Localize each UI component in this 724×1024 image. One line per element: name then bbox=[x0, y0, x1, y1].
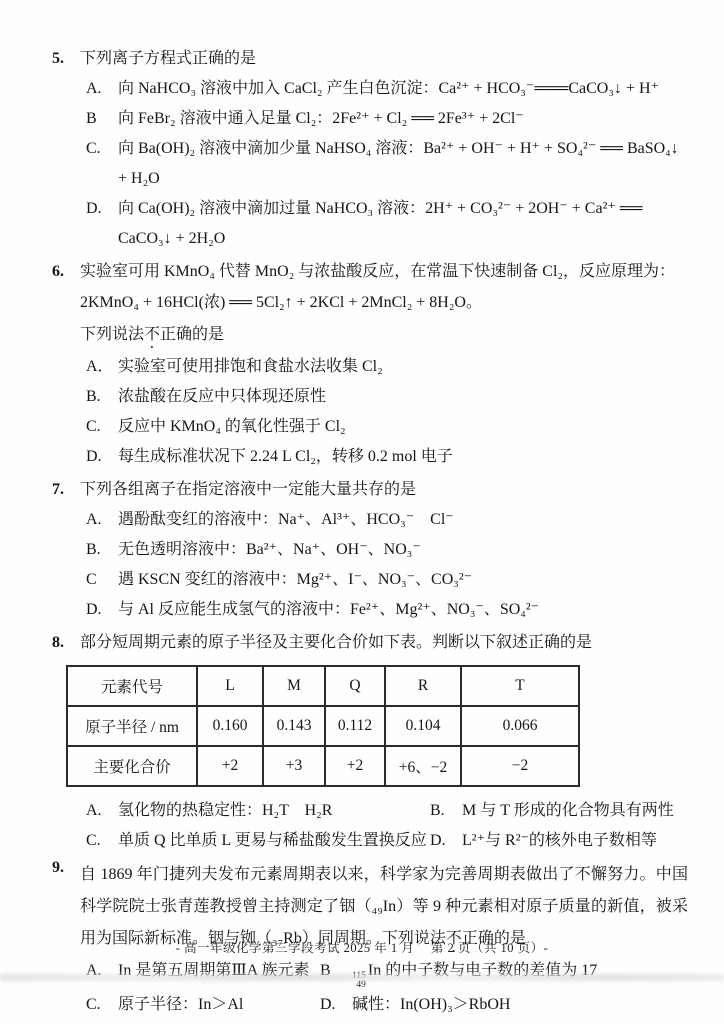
option-text: M 与 T 形成的化合物具有两性 bbox=[462, 796, 688, 826]
question-stem-2: 下列说法不正确的是 bbox=[52, 319, 688, 352]
option-text: 每生成标准状况下 2.24 L Cl₂，转移 0.2 mol 电子 bbox=[118, 442, 688, 472]
option-7d: D. 与 Al 反应能生成氢气的溶液中：Fe²⁺、Mg²⁺、NO₃⁻、SO₄²⁻ bbox=[52, 595, 688, 625]
option-text: 单质 Q 比单质 L 更易与稀盐酸发生置换反应 bbox=[118, 826, 430, 856]
question-number: 6. bbox=[52, 257, 80, 287]
question-stem: 下列离子方程式正确的是 bbox=[80, 44, 688, 74]
option-label: A. bbox=[86, 956, 118, 990]
option-5b: B 向 FeBr₂ 溶液中通入足量 Cl₂：2Fe²⁺ + Cl₂ ══ 2Fe… bbox=[52, 104, 688, 134]
option-8a: A. 氢化物的热稳定性：H₂T H₂R bbox=[52, 796, 430, 826]
table-cell: L bbox=[197, 666, 263, 706]
scan-artifact-streak bbox=[0, 974, 724, 981]
stem-text: 下列说法 bbox=[80, 319, 144, 352]
stem-text: 自 1869 年门捷列夫发布元素周期表以来，科学家为完善周期表做出了不懈努力。中… bbox=[80, 866, 688, 947]
option-label: B. bbox=[430, 796, 462, 826]
question-stem: 部分短周期元素的原子半径及主要化合价如下表。判断以下叙述正确的是 bbox=[80, 628, 688, 658]
option-label: A． bbox=[86, 352, 118, 382]
option-label: B. bbox=[86, 535, 118, 565]
option-8c: C. 单质 Q 比单质 L 更易与稀盐酸发生置换反应 bbox=[52, 826, 430, 856]
table-cell: +2 bbox=[197, 746, 263, 786]
option-5c: C. 向 Ba(OH)₂ 溶液中滴加少量 NaHSO₄ 溶液：Ba²⁺ + OH… bbox=[52, 134, 688, 194]
table-cell: R bbox=[385, 666, 461, 706]
option-9b: B 115 49 In 的中子数与电子数的差值为 17 bbox=[320, 956, 688, 990]
question-stem: 实验室可用 KMnO₄ 代替 MnO₂ 与浓盐酸反应，在常温下快速制备 Cl₂，… bbox=[80, 257, 688, 287]
option-text: 实验室可使用排饱和食盐水法收集 Cl₂ bbox=[118, 352, 688, 382]
table-row-symbols: 元素代号 L M Q R T bbox=[67, 666, 579, 706]
table-cell: +3 bbox=[263, 746, 325, 786]
option-text: 向 Ba(OH)₂ 溶液中滴加少量 NaHSO₄ 溶液：Ba²⁺ + OH⁻ +… bbox=[118, 134, 688, 194]
option-label: D. bbox=[430, 826, 462, 856]
option-6c: C. 反应中 KMnO₄ 的氧化性强于 Cl₂ bbox=[52, 412, 688, 442]
question-stem: 下列各组离子在指定溶液中一定能大量共存的是 bbox=[80, 475, 688, 505]
question-7: 7. 下列各组离子在指定溶液中一定能大量共存的是 A. 遇酚酞变红的溶液中：Na… bbox=[52, 475, 688, 625]
option-8d: D. L²⁺与 R²⁻的核外电子数相等 bbox=[430, 826, 688, 856]
option-text: 遇酚酞变红的溶液中：Na⁺、Al³⁺、HCO₃⁻ Cl⁻ bbox=[118, 505, 688, 535]
option-text: 向 NaHCO₃ 溶液中加入 CaCl₂ 产生白色沉淀：Ca²⁺ + HCO₃⁻… bbox=[118, 74, 688, 104]
option-label: C. bbox=[86, 412, 118, 442]
option-text: 碱性：In(OH)₃＞RbOH bbox=[352, 990, 688, 1020]
table-cell: T bbox=[461, 666, 579, 706]
question-number: 8. bbox=[52, 628, 80, 658]
option-text: 反应中 KMnO₄ 的氧化性强于 Cl₂ bbox=[118, 412, 688, 442]
option-text: 向 FeBr₂ 溶液中通入足量 Cl₂：2Fe²⁺ + Cl₂ ══ 2Fe³⁺… bbox=[118, 104, 688, 134]
stem-text: 正确的是 bbox=[160, 319, 224, 352]
option-5a: A. 向 NaHCO₃ 溶液中加入 CaCl₂ 产生白色沉淀：Ca²⁺ + HC… bbox=[52, 74, 688, 104]
option-7c: C 遇 KSCN 变红的溶液中：Mg²⁺、I⁻、NO₃⁻、CO₃²⁻ bbox=[52, 565, 688, 595]
table-cell: −2 bbox=[461, 746, 579, 786]
option-label: A. bbox=[86, 74, 118, 104]
option-7b: B. 无色透明溶液中：Ba²⁺、Na⁺、OH⁻、NO₃⁻ bbox=[52, 535, 688, 565]
table-cell: 元素代号 bbox=[67, 666, 197, 706]
table-cell: +6、−2 bbox=[385, 746, 461, 786]
option-text: 无色透明溶液中：Ba²⁺、Na⁺、OH⁻、NO₃⁻ bbox=[118, 535, 688, 565]
option-label: D. bbox=[86, 595, 118, 625]
option-label: D. bbox=[86, 194, 118, 254]
chemical-equation: 2KMnO₄ + 16HCl(浓) ══ 5Cl₂↑ + 2KCl + 2MnC… bbox=[52, 287, 688, 319]
option-label: B bbox=[320, 956, 352, 990]
option-label: B bbox=[86, 104, 118, 134]
option-6d: D. 每生成标准状况下 2.24 L Cl₂，转移 0.2 mol 电子 bbox=[52, 442, 688, 472]
table-row-radius: 原子半径 / nm 0.160 0.143 0.112 0.104 0.066 bbox=[67, 706, 579, 746]
option-5d: D. 向 Ca(OH)₂ 溶液中滴加过量 NaHCO₃ 溶液：2H⁺ + CO₃… bbox=[52, 194, 688, 254]
option-text: 与 Al 反应能生成氢气的溶液中：Fe²⁺、Mg²⁺、NO₃⁻、SO₄²⁻ bbox=[118, 595, 688, 625]
option-text: In 是第五周期第ⅢA 族元素 bbox=[118, 956, 320, 990]
option-label: C bbox=[86, 565, 118, 595]
table-cell: Q bbox=[325, 666, 385, 706]
stem-emphasis: 不 bbox=[144, 319, 160, 352]
table-cell: 0.066 bbox=[461, 706, 579, 746]
exam-content: 5. 下列离子方程式正确的是 A. 向 NaHCO₃ 溶液中加入 CaCl₂ 产… bbox=[52, 44, 688, 1023]
option-label: D. bbox=[86, 442, 118, 472]
table-cell: 主要化合价 bbox=[67, 746, 197, 786]
option-text: 遇 KSCN 变红的溶液中：Mg²⁺、I⁻、NO₃⁻、CO₃²⁻ bbox=[118, 565, 688, 595]
exam-page: 5. 下列离子方程式正确的是 A. 向 NaHCO₃ 溶液中加入 CaCl₂ 产… bbox=[0, 0, 724, 1024]
option-label: C. bbox=[86, 990, 118, 1020]
option-9a: A. In 是第五周期第ⅢA 族元素 bbox=[52, 956, 320, 990]
table-cell: 原子半径 / nm bbox=[67, 706, 197, 746]
question-5: 5. 下列离子方程式正确的是 A. 向 NaHCO₃ 溶液中加入 CaCl₂ 产… bbox=[52, 44, 688, 254]
option-6b: B. 浓盐酸在反应中只体现还原性 bbox=[52, 382, 688, 412]
option-text: 原子半径：In＞Al bbox=[118, 990, 320, 1020]
atomic-number: 49 bbox=[352, 981, 366, 990]
option-7a: A. 遇酚酞变红的溶液中：Na⁺、Al³⁺、HCO₃⁻ Cl⁻ bbox=[52, 505, 688, 535]
option-label: C. bbox=[86, 134, 118, 194]
table-row-valence: 主要化合价 +2 +3 +2 +6、−2 −2 bbox=[67, 746, 579, 786]
table-cell: 0.112 bbox=[325, 706, 385, 746]
table-cell: 0.160 bbox=[197, 706, 263, 746]
option-label: C. bbox=[86, 826, 118, 856]
table-cell: M bbox=[263, 666, 325, 706]
question-number: 5. bbox=[52, 44, 80, 74]
option-text: 浓盐酸在反应中只体现还原性 bbox=[118, 382, 688, 412]
option-8b: B. M 与 T 形成的化合物具有两性 bbox=[430, 796, 688, 826]
question-6: 6. 实验室可用 KMnO₄ 代替 MnO₂ 与浓盐酸反应，在常温下快速制备 C… bbox=[52, 257, 688, 472]
table-cell: 0.143 bbox=[263, 706, 325, 746]
option-label: A. bbox=[86, 505, 118, 535]
question-8: 8. 部分短周期元素的原子半径及主要化合价如下表。判断以下叙述正确的是 元素代号… bbox=[52, 628, 688, 856]
option-6a: A． 实验室可使用排饱和食盐水法收集 Cl₂ bbox=[52, 352, 688, 382]
option-text: L²⁺与 R²⁻的核外电子数相等 bbox=[462, 826, 688, 856]
option-9c: C. 原子半径：In＞Al bbox=[52, 990, 320, 1020]
option-label: D. bbox=[320, 990, 352, 1020]
table-cell: +2 bbox=[325, 746, 385, 786]
option-label: A. bbox=[86, 796, 118, 826]
page-footer: - 高一年级化学第三学段考试 2025 年 1 月 第 2 页（共 10 页）- bbox=[0, 938, 724, 956]
option-text: 向 Ca(OH)₂ 溶液中滴加过量 NaHCO₃ 溶液：2H⁺ + CO₃²⁻ … bbox=[118, 194, 688, 254]
option-text: 氢化物的热稳定性：H₂T H₂R bbox=[118, 796, 430, 826]
option-9d: D. 碱性：In(OH)₃＞RbOH bbox=[320, 990, 688, 1020]
question-number: 7. bbox=[52, 475, 80, 505]
element-radius-table: 元素代号 L M Q R T 原子半径 / nm 0.160 0.143 0.1… bbox=[66, 665, 580, 787]
option-label: B. bbox=[86, 382, 118, 412]
table-cell: 0.104 bbox=[385, 706, 461, 746]
option-text: 115 49 In 的中子数与电子数的差值为 17 bbox=[352, 956, 688, 990]
